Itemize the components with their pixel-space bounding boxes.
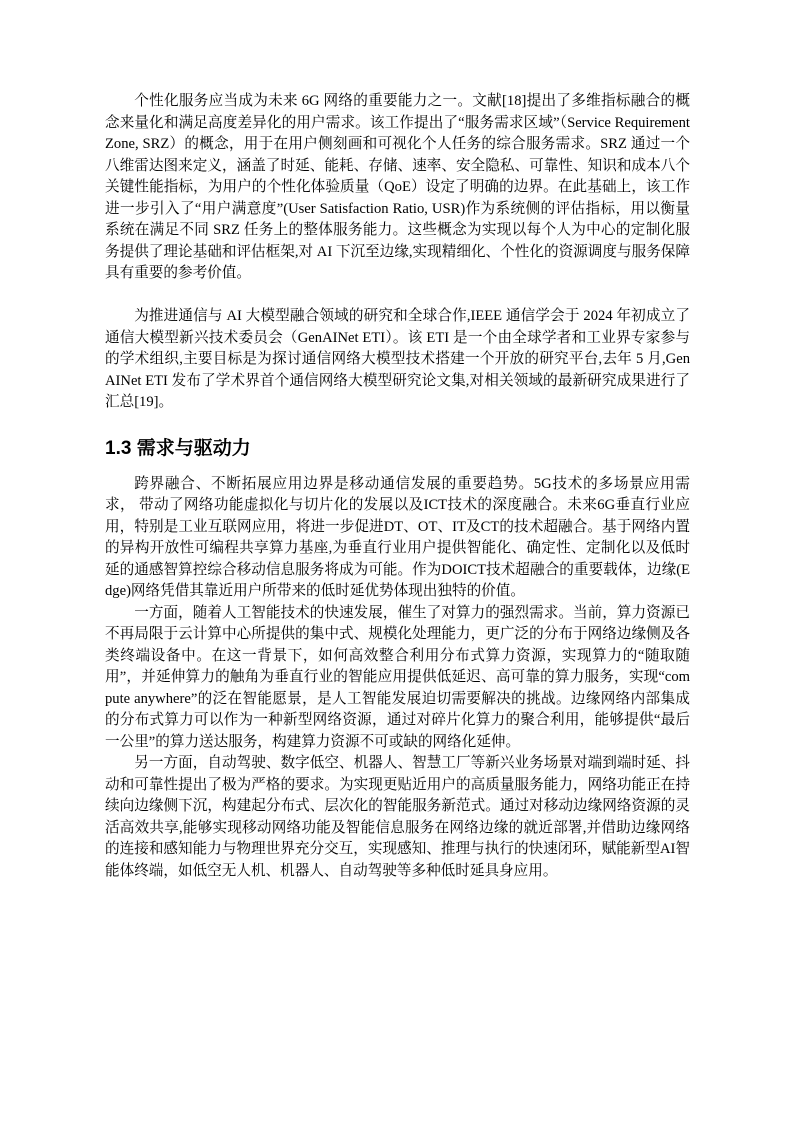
paragraph-genainet-eti: 为推进通信与 AI 大模型融合领域的研究和全球合作,IEEE 通信学会于 202… [105,306,690,414]
document-page: 个性化服务应当成为未来 6G 网络的重要能力之一。文献[18]提出了多维指标融合… [0,0,794,1123]
paragraph-computing-power-demand: 一方面，随着人工智能技术的快速发展，催生了对算力的强烈需求。当前，算力资源已不再… [105,603,690,754]
page-content: 个性化服务应当成为未来 6G 网络的重要能力之一。文献[18]提出了多维指标融合… [0,0,794,882]
paragraph-edge-services-demand: 另一方面，自动驾驶、数字低空、机器人、智慧工厂等新兴业务场景对端到端时延、抖动和… [105,753,690,882]
paragraph-personalized-services: 个性化服务应当成为未来 6G 网络的重要能力之一。文献[18]提出了多维指标融合… [105,91,690,285]
paragraph-cross-domain-fusion: 跨界融合、不断拓展应用边界是移动通信发展的重要趋势。5G技术的多场景应用需求， … [105,474,690,603]
section-heading-1-3: 1.3 需求与驱动力 [105,436,690,462]
